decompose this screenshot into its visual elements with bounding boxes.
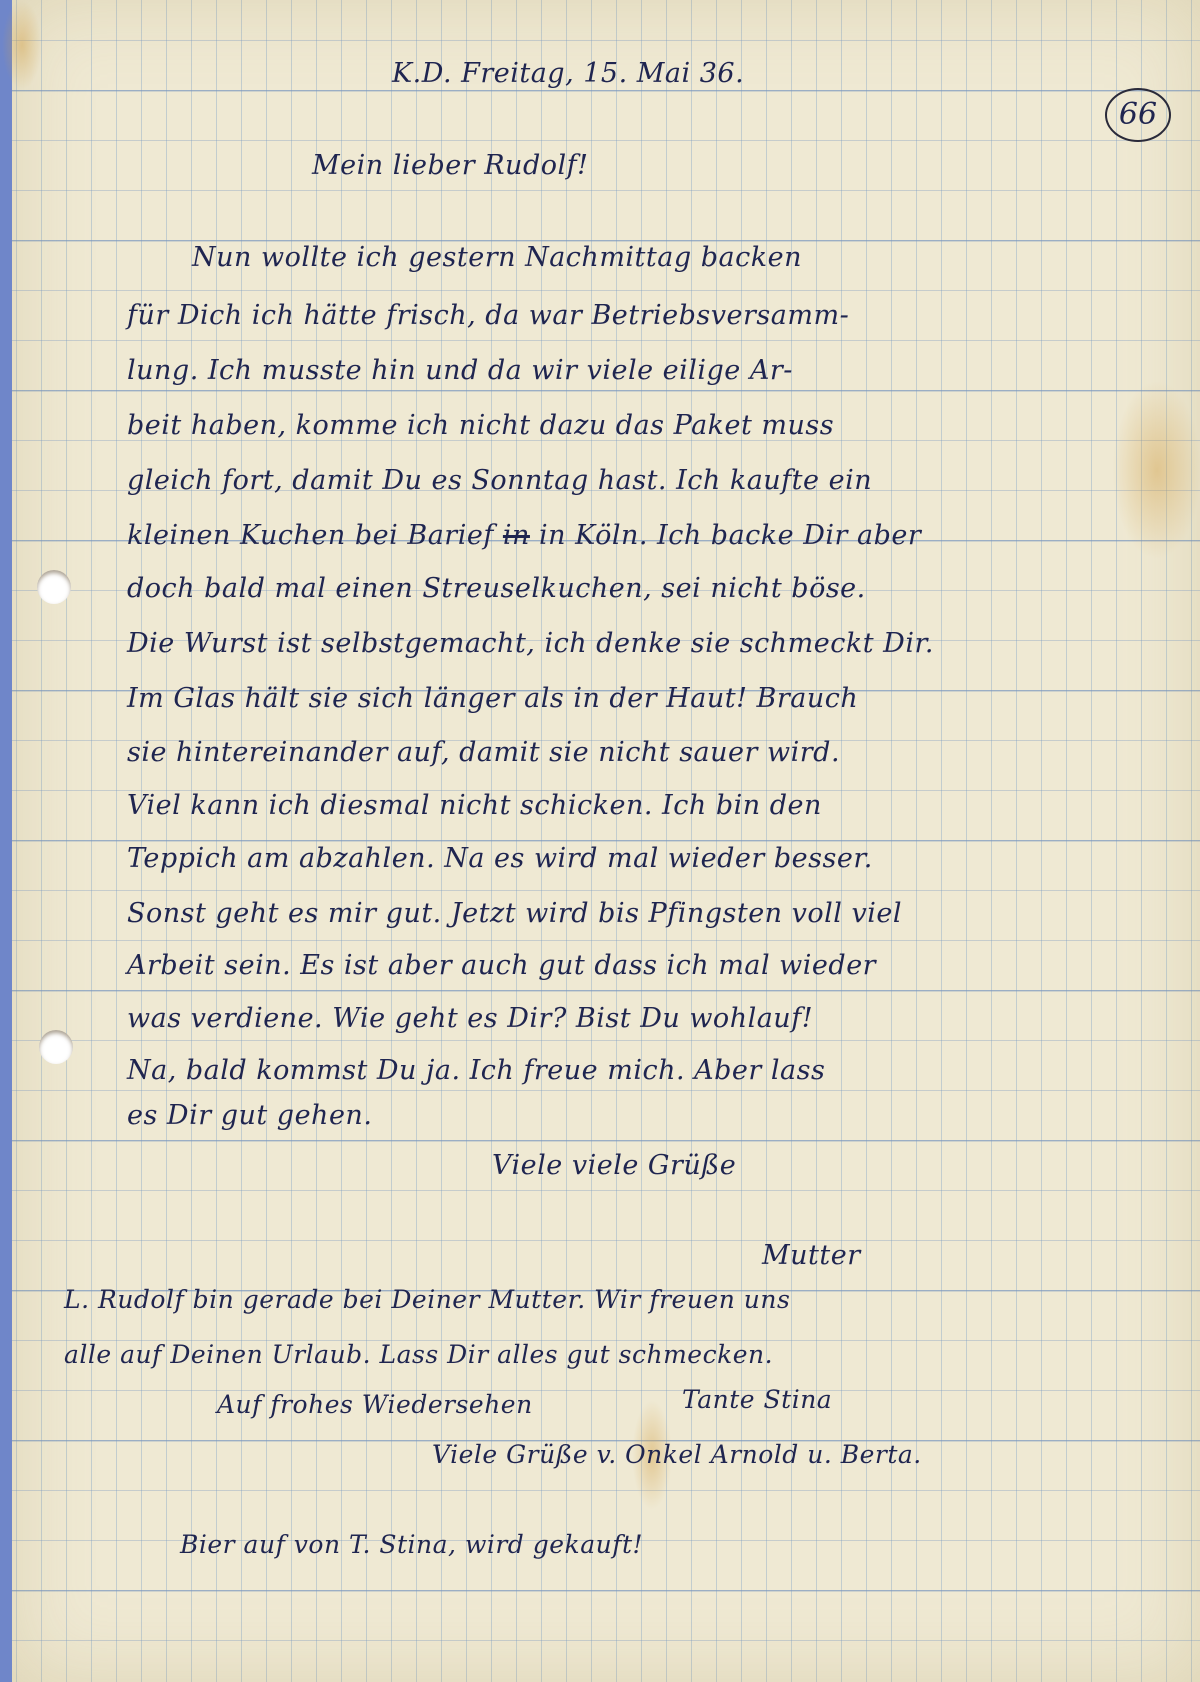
body-line: doch bald mal einen Streuselkuchen, sei … (127, 573, 866, 604)
body-line-part: kleinen Kuchen bei Barief (127, 520, 494, 551)
page-number: 66 (1105, 88, 1171, 142)
closing: Viele viele Grüße (492, 1150, 736, 1181)
body-line: Sonst geht es mir gut. Jetzt wird bis Pf… (127, 898, 902, 929)
punch-hole-bottom (39, 1030, 73, 1064)
body-line: Im Glas hält sie sich länger als in der … (127, 683, 858, 714)
body-line: kleinen Kuchen bei Barief in in Köln. Ic… (127, 520, 921, 551)
body-line: Viel kann ich diesmal nicht schicken. Ic… (127, 790, 822, 821)
body-line: gleich fort, damit Du es Sonntag hast. I… (127, 465, 872, 496)
body-line: sie hintereinander auf, damit sie nicht … (127, 737, 840, 768)
body-line: Na, bald kommst Du ja. Ich freue mich. A… (127, 1055, 825, 1086)
body-line: Nun wollte ich gestern Nachmittag backen (192, 242, 802, 273)
body-line: Teppich am abzahlen. Na es wird mal wied… (127, 843, 873, 874)
body-line: Arbeit sein. Es ist aber auch gut dass i… (127, 950, 876, 981)
signature: Mutter (762, 1240, 861, 1271)
body-line: es Dir gut gehen. (127, 1100, 372, 1131)
body-line: beit haben, komme ich nicht dazu das Pak… (127, 410, 834, 441)
postscript-signature: Tante Stina (682, 1385, 832, 1414)
body-line: was verdiene. Wie geht es Dir? Bist Du w… (127, 1003, 813, 1034)
postscript-line: Auf frohes Wiedersehen (217, 1390, 533, 1419)
age-stain (1112, 380, 1200, 560)
body-line: Die Wurst ist selbstgemacht, ich denke s… (127, 628, 934, 659)
body-line: für Dich ich hätte frisch, da war Betrie… (127, 300, 849, 331)
postscript-line: L. Rudolf bin gerade bei Deiner Mutter. … (64, 1285, 790, 1314)
date-line: K.D. Freitag, 15. Mai 36. (392, 58, 744, 89)
postscript-line: Bier auf von T. Stina, wird gekauft! (180, 1530, 643, 1559)
salutation: Mein lieber Rudolf! (312, 150, 588, 181)
postscript-line: alle auf Deinen Urlaub. Lass Dir alles g… (64, 1340, 773, 1369)
postscript-line: Viele Grüße v. Onkel Arnold u. Berta. (432, 1440, 922, 1469)
age-stain (2, 0, 42, 90)
body-line-part: in Köln. Ich backe Dir aber (539, 520, 921, 551)
punch-hole-top (37, 570, 71, 604)
letter-page: 66 K.D. Freitag, 15. Mai 36. Mein lieber… (12, 0, 1200, 1682)
struck-word: in (503, 520, 530, 551)
body-line: lung. Ich musste hin und da wir viele ei… (127, 355, 793, 386)
